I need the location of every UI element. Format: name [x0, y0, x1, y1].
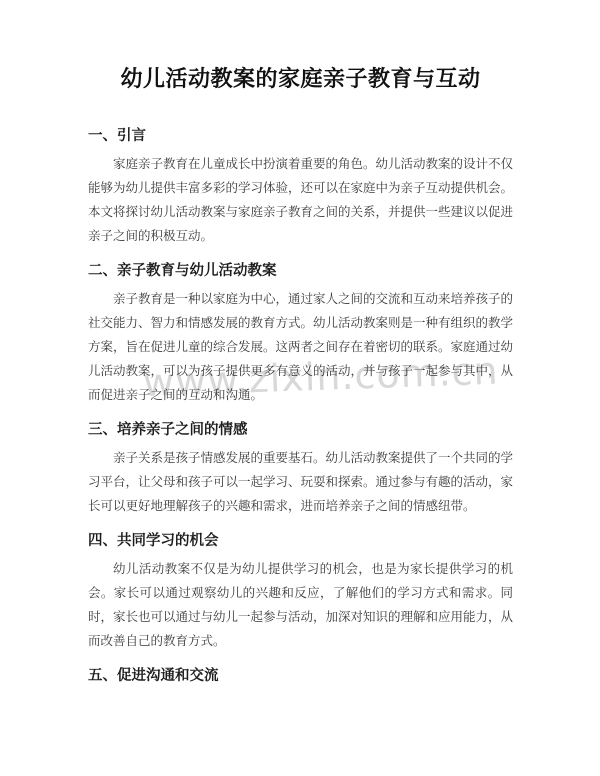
section-heading-communication: 五、促进沟通和交流 — [88, 666, 513, 686]
section-heading-parent-education: 二、亲子教育与幼儿活动教案 — [88, 261, 513, 281]
section-paragraph-introduction: 家庭亲子教育在儿童成长中扮演着重要的角色。幼儿活动教案的设计不仅能够为幼儿提供丰… — [88, 152, 513, 248]
section-paragraph-parent-education: 亲子教育是一种以家庭为中心，通过家人之间的交流和互动来培养孩子的社交能力、智力和… — [88, 287, 513, 407]
section-heading-shared-learning: 四、共同学习的机会 — [88, 531, 513, 551]
page-title: 幼儿活动教案的家庭亲子教育与互动 — [88, 62, 513, 96]
section-heading-introduction: 一、引言 — [88, 126, 513, 146]
section-paragraph-shared-learning: 幼儿活动教案不仅是为幼儿提供学习的机会，也是为家长提供学习的机会。家长可以通过观… — [88, 557, 513, 653]
section-heading-emotional-bond: 三、培养亲子之间的情感 — [88, 420, 513, 440]
document-content: 幼儿活动教案的家庭亲子教育与互动 一、引言 家庭亲子教育在儿童成长中扮演着重要的… — [0, 0, 600, 686]
document-page: www.zixin.com.cn 幼儿活动教案的家庭亲子教育与互动 一、引言 家… — [0, 0, 600, 776]
section-paragraph-emotional-bond: 亲子关系是孩子情感发展的重要基石。幼儿活动教案提供了一个共同的学习平台，让父母和… — [88, 446, 513, 518]
